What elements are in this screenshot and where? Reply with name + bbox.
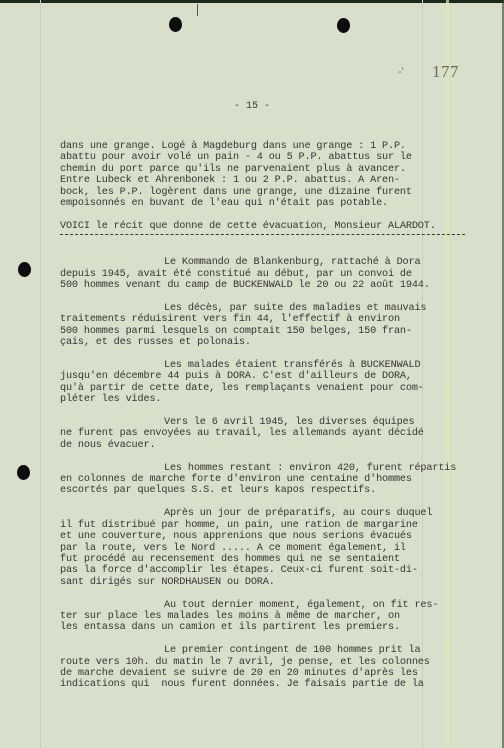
- text-line: Au tout dernier moment, également, on fi…: [60, 600, 480, 611]
- page-number: - 15 -: [0, 101, 504, 112]
- text-line: jusqu'en décembre 44 puis à DORA. C'est …: [60, 371, 480, 382]
- text-line: Le Kommando de Blankenburg, rattaché à D…: [60, 257, 480, 268]
- text-line: Les malades étaient transférés à BUCKENW…: [60, 360, 480, 371]
- text-line: 500 hommes parmi lesquels on comptait 15…: [60, 326, 480, 337]
- text-line: dans une grange. Logé à Magdeburg dans u…: [60, 141, 480, 152]
- folio-number: 177: [432, 62, 459, 82]
- text-line: de marche devaient se suivre de 20 en 20…: [60, 668, 480, 679]
- text-line: Les décès, par suite des maladies et mau…: [60, 303, 480, 314]
- text-line: sant dirigés sur NORDHAUSEN ou DORA.: [60, 577, 480, 588]
- paper-crease: [40, 0, 41, 748]
- punch-hole-icon: [169, 17, 182, 32]
- paragraph: Les décès, par suite des maladies et mau…: [60, 303, 480, 349]
- text-line: ne furent pas envoyées au travail, les a…: [60, 428, 480, 439]
- paragraph: Au tout dernier moment, également, on fi…: [60, 600, 480, 634]
- text-line: pas la force d'accomplir les étapes. Ceu…: [60, 565, 480, 576]
- folio-mark: -': [398, 66, 404, 78]
- text-line: Les hommes restant : environ 420, furent…: [60, 463, 480, 474]
- text-line: de nous évacuer.: [60, 440, 480, 451]
- text-line: indications qui nous furent données. Je …: [60, 679, 480, 690]
- paragraph: Le premier contingent de 100 hommes prit…: [60, 645, 480, 691]
- text-line: Après un jour de préparatifs, au cours d…: [60, 508, 480, 519]
- text-line: bock, les P.P. logèrent dans une grange,…: [60, 187, 480, 198]
- text-line: route vers 10h. du matin le 7 avril, je …: [60, 657, 480, 668]
- text-line: Le premier contingent de 100 hommes prit…: [60, 645, 480, 656]
- text-line: Vers le 6 avril 1945, les diverses équip…: [60, 417, 480, 428]
- text-line: pléter les vides.: [60, 394, 480, 405]
- text-line: qu'à partir de cette date, les remplaçan…: [60, 383, 480, 394]
- text-line: empoisonnés en buvant de l'eau qui n'éta…: [60, 198, 480, 209]
- text-line: 500 hommes venant du camp de BUCKENWALD …: [60, 280, 480, 291]
- paragraph: Après un jour de préparatifs, au cours d…: [60, 508, 480, 588]
- staple-mark: [197, 4, 198, 16]
- paragraph: Vers le 6 avril 1945, les diverses équip…: [60, 417, 480, 451]
- opening-paragraph: dans une grange. Logé à Magdeburg dans u…: [60, 141, 480, 209]
- text-line: en colonnes de marche forte d'environ un…: [60, 474, 480, 485]
- text-line: chemin du port parce qu'ils ne parvenaie…: [60, 164, 480, 175]
- text-line: ter sur place les malades les moins à mê…: [60, 611, 480, 622]
- scan-top-edge: [0, 0, 504, 3]
- section-heading: VOICI le récit que donne de cette évacua…: [60, 221, 480, 232]
- text-line: abattu pour avoir volé un pain - 4 ou 5 …: [60, 152, 480, 163]
- paragraph: Les hommes restant : environ 420, furent…: [60, 463, 480, 497]
- text-line: les entassa dans un camion et ils partir…: [60, 622, 480, 633]
- text-line: traitements réduisirent vers fin 44, l'e…: [60, 314, 480, 325]
- punch-hole-icon: [17, 465, 30, 480]
- typewritten-document: dans une grange. Logé à Magdeburg dans u…: [60, 141, 480, 702]
- text-line: depuis 1945, avait été constitué au débu…: [60, 269, 480, 280]
- punch-hole-icon: [18, 262, 31, 277]
- paragraph: Le Kommando de Blankenburg, rattaché à D…: [60, 257, 480, 291]
- text-line: Entre Lubeck et Ahrenbonek : 1 ou 2 P.P.…: [60, 175, 480, 186]
- text-line: il fut distribué par homme, un pain, une…: [60, 520, 480, 531]
- text-line: et une couverture, nous apprenions que n…: [60, 531, 480, 542]
- punch-hole-icon: [337, 18, 350, 33]
- paragraph: Les malades étaient transférés à BUCKENW…: [60, 360, 480, 406]
- text-line: par la route, vers le Nord ..... A ce mo…: [60, 543, 480, 554]
- text-line: fut procédé au recensement des hommes qu…: [60, 554, 480, 565]
- text-line: çais, et des russes et polonais.: [60, 337, 480, 348]
- text-line: escortés par quelques S.S. et leurs kapo…: [60, 485, 480, 496]
- dashed-underline: [60, 234, 465, 235]
